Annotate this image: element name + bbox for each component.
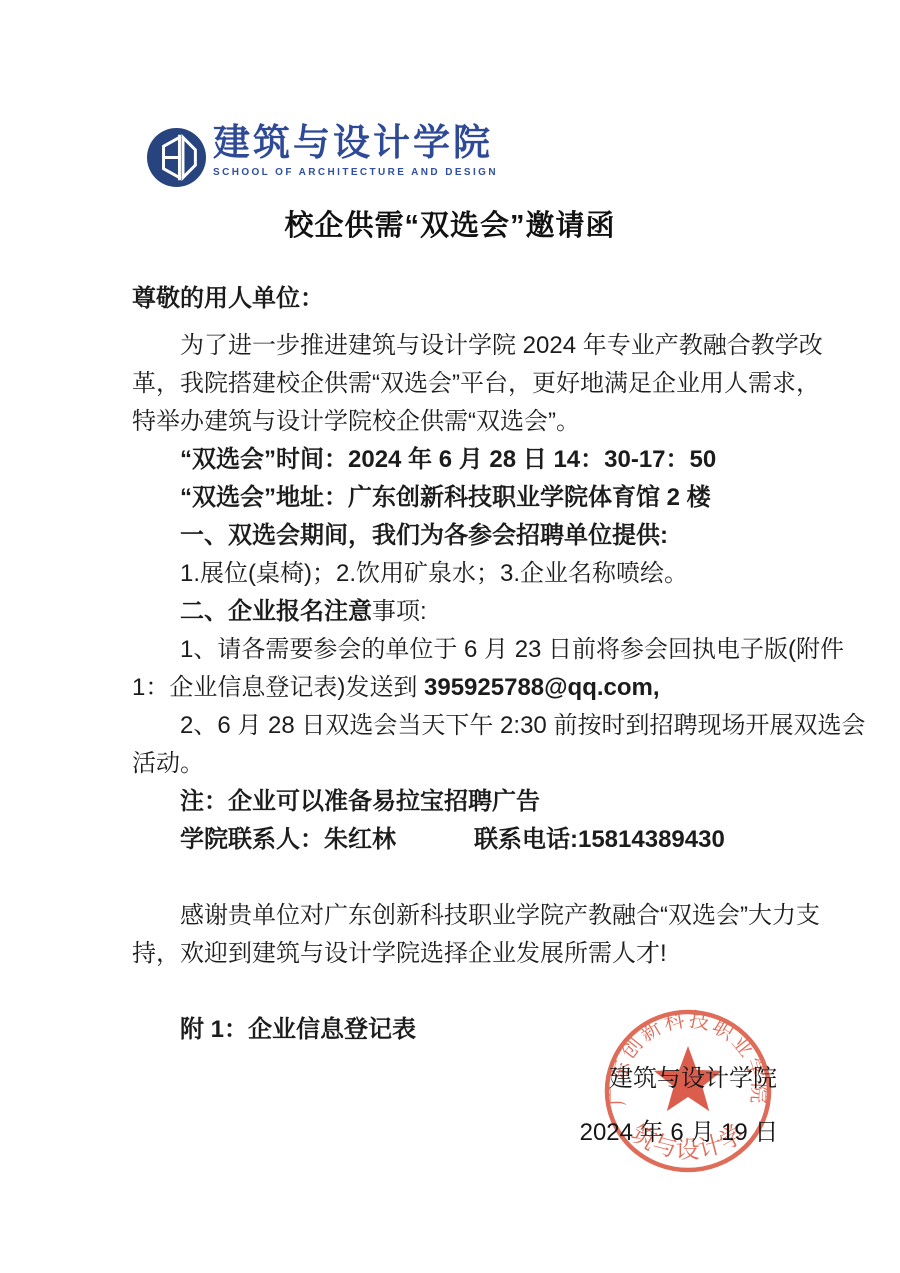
text-run: 注：企业可以准备易拉宝招聘广告 (180, 788, 540, 815)
signature-organization: 建筑与设计学院 (573, 1058, 813, 1093)
text-run: “双选会”时间：2024 年 6 月 28 日 14：30-17：50 (180, 446, 716, 473)
body-line: 革，我院搭建校企供需“双选会”平台，更好地满足企业用人需求， (132, 365, 780, 403)
text-run: 附 1：企业信息登记表 (180, 1016, 416, 1043)
logo-text: 建筑与设计学院 SCHOOL OF ARCHITECTURE AND DESIG… (213, 122, 498, 178)
text-run: 事项: (372, 598, 427, 625)
text-run: 1.展位(桌椅)；2.饮用矿泉水；3.企业名称喷绘。 (180, 560, 688, 587)
body-line: 2、6 月 28 日双选会当天下午 2:30 前按时到招聘现场开展双选会 (132, 707, 780, 745)
text-run: 学院联系人：朱红林 (180, 826, 396, 853)
body-line: 1：企业信息登记表)发送到 395925788@qq.com, (132, 669, 780, 707)
text-run: “双选会”地址：广东创新科技职业学院体育馆 2 楼 (180, 484, 711, 511)
body-line: 1、请各需要参会的单位于 6 月 23 日前将参会回执电子版(附件 (132, 631, 780, 669)
body-line: 持，欢迎到建筑与设计学院选择企业发展所需人才! (132, 935, 780, 973)
body-line: 特举办建筑与设计学院校企供需“双选会”。 (132, 403, 780, 441)
body-line: 一、双选会期间，我们为各参会招聘单位提供: (132, 517, 780, 555)
body-line: 活动。 (132, 745, 780, 783)
text-run: 二、企业报名注意 (180, 598, 372, 625)
body-line (132, 859, 780, 897)
text-run: 2、6 月 28 日双选会当天下午 2:30 前按时到招聘现场开展双选会 (180, 712, 865, 739)
letter-body: 尊敬的用人单位：为了进一步推进建筑与设计学院 2024 年专业产教融合教学改革，… (132, 280, 780, 1049)
logo-school-name-cn: 建筑与设计学院 (213, 122, 498, 166)
body-line: 二、企业报名注意事项: (132, 593, 780, 631)
text-run: 感谢贵单位对广东创新科技职业学院产教融合“双选会”大力支 (180, 902, 820, 929)
logo-school-name-en: SCHOOL OF ARCHITECTURE AND DESIGN (213, 167, 498, 178)
text-run: 1：企业信息登记表)发送到 (132, 674, 424, 701)
body-line: 1.展位(桌椅)；2.饮用矿泉水；3.企业名称喷绘。 (132, 555, 780, 593)
text-run: 为了进一步推进建筑与设计学院 2024 年专业产教融合教学改 (180, 332, 823, 359)
body-line: 学院联系人：朱红林联系电话:15814389430 (132, 821, 780, 859)
text-run: 革，我院搭建校企供需“双选会”平台，更好地满足企业用人需求， (132, 370, 820, 397)
text-run: 联系电话:15814389430 (474, 826, 725, 853)
body-line: 注：企业可以准备易拉宝招聘广告 (132, 783, 780, 821)
document-page: 建筑与设计学院 SCHOOL OF ARCHITECTURE AND DESIG… (0, 0, 900, 1273)
page-title: 校企供需“双选会”邀请函 (0, 203, 900, 244)
text-run: 1、请各需要参会的单位于 6 月 23 日前将参会回执电子版(附件 (180, 636, 844, 663)
text-run: 一、双选会期间，我们为各参会招聘单位提供: (180, 522, 668, 549)
text-run: 活动。 (132, 750, 204, 777)
text-run: 持，欢迎到建筑与设计学院选择企业发展所需人才! (132, 940, 667, 967)
text-run: 尊敬的用人单位： (132, 285, 324, 312)
body-line: 尊敬的用人单位： (132, 280, 780, 318)
school-logo-icon (147, 128, 206, 187)
body-line: “双选会”地址：广东创新科技职业学院体育馆 2 楼 (132, 479, 780, 517)
body-line: “双选会”时间：2024 年 6 月 28 日 14：30-17：50 (132, 441, 780, 479)
text-run: 395925788@qq.com, (424, 674, 660, 701)
body-line: 为了进一步推进建筑与设计学院 2024 年专业产教融合教学改 (132, 327, 780, 365)
body-line: 感谢贵单位对广东创新科技职业学院产教融合“双选会”大力支 (132, 897, 780, 935)
text-run: 特举办建筑与设计学院校企供需“双选会”。 (132, 408, 580, 435)
signature-date: 2024 年 6 月 19 日 (559, 1112, 799, 1147)
